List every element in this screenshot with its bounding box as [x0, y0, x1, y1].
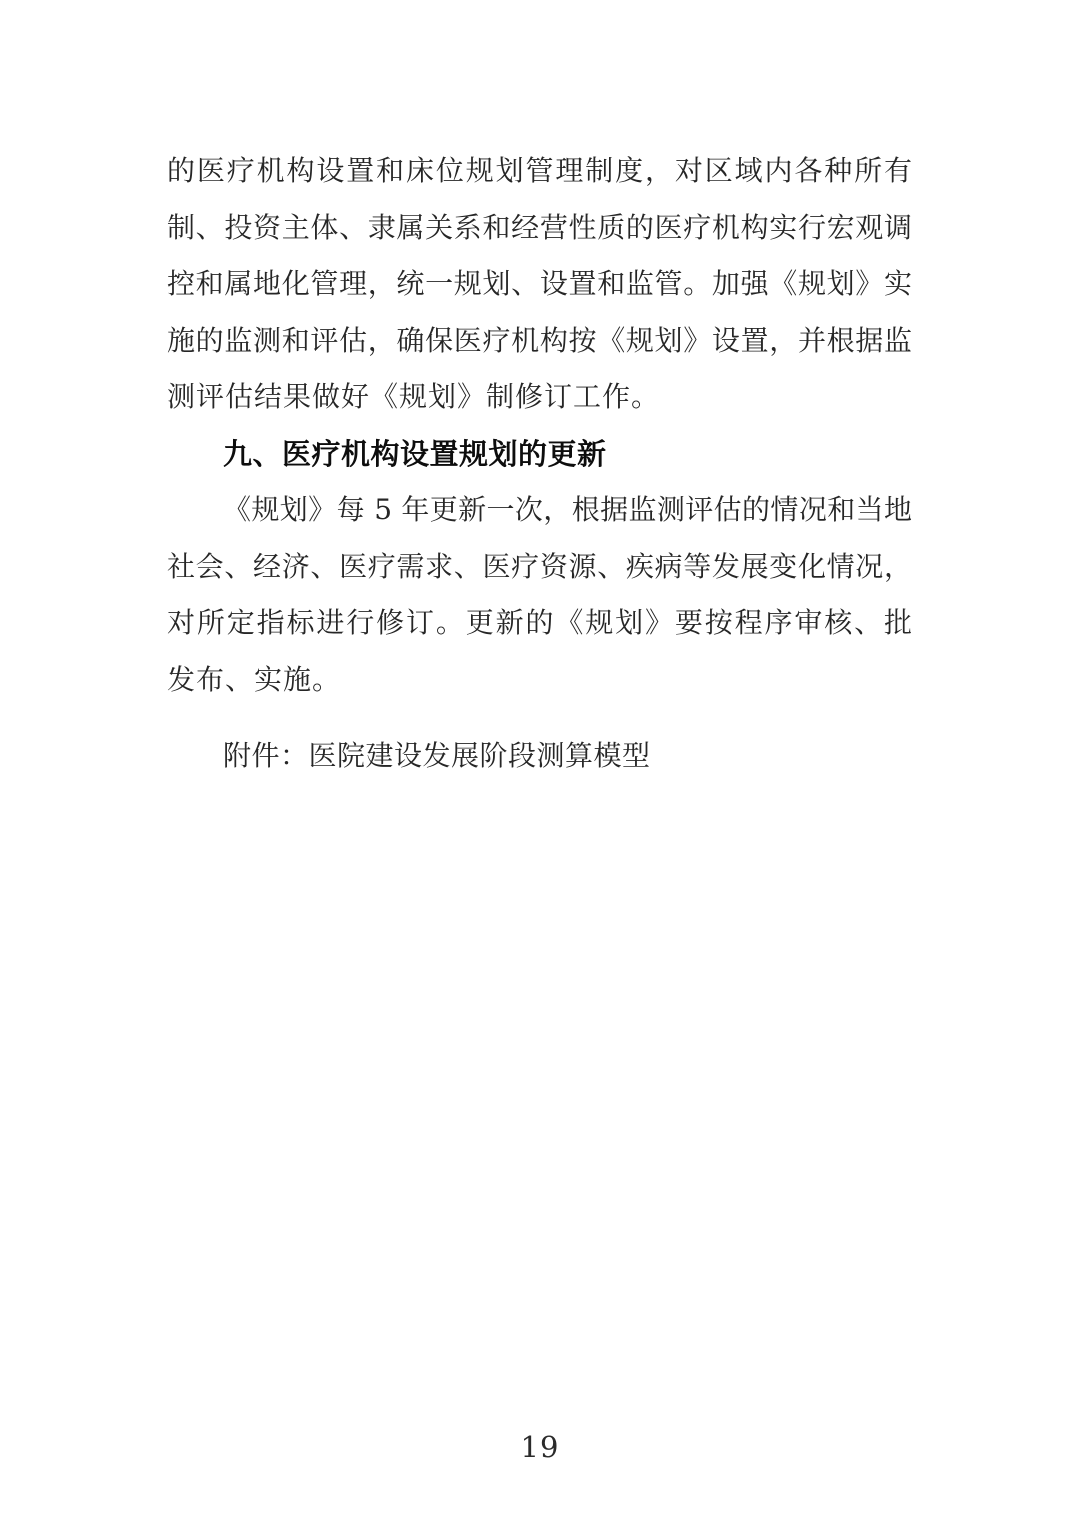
document-content: 的医疗机构设置和床位规划管理制度，对区域内各种所有 制、投资主体、隶属关系和经营… [167, 143, 912, 785]
paragraph-update: 《规划》每 5 年更新一次，根据监测评估的情况和当地 社会、经济、医疗需求、医疗… [167, 482, 912, 708]
text-line: 发布、实施。 [167, 652, 912, 709]
text-line: 的医疗机构设置和床位规划管理制度，对区域内各种所有 [167, 143, 912, 200]
text-line: 《规划》每 5 年更新一次，根据监测评估的情况和当地 [167, 482, 912, 539]
text-line: 控和属地化管理，统一规划、设置和监管。加强《规划》实 [167, 256, 912, 313]
text-line: 施的监测和评估，确保医疗机构按《规划》设置，并根据监 [167, 313, 912, 370]
page-number: 19 [0, 1427, 1080, 1467]
document-page: 的医疗机构设置和床位规划管理制度，对区域内各种所有 制、投资主体、隶属关系和经营… [0, 0, 1080, 1526]
text-line: 测评估结果做好《规划》制修订工作。 [167, 369, 912, 426]
section-heading: 九、医疗机构设置规划的更新 [167, 426, 912, 483]
text-line: 制、投资主体、隶属关系和经营性质的医疗机构实行宏观调 [167, 200, 912, 257]
attachment-note: 附件：医院建设发展阶段测算模型 [167, 728, 912, 785]
text-line: 对所定指标进行修订。更新的《规划》要按程序审核、批准、 [167, 595, 912, 652]
paragraph-continuation: 的医疗机构设置和床位规划管理制度，对区域内各种所有 制、投资主体、隶属关系和经营… [167, 143, 912, 426]
text-line: 社会、经济、医疗需求、医疗资源、疾病等发展变化情况， [167, 539, 912, 596]
